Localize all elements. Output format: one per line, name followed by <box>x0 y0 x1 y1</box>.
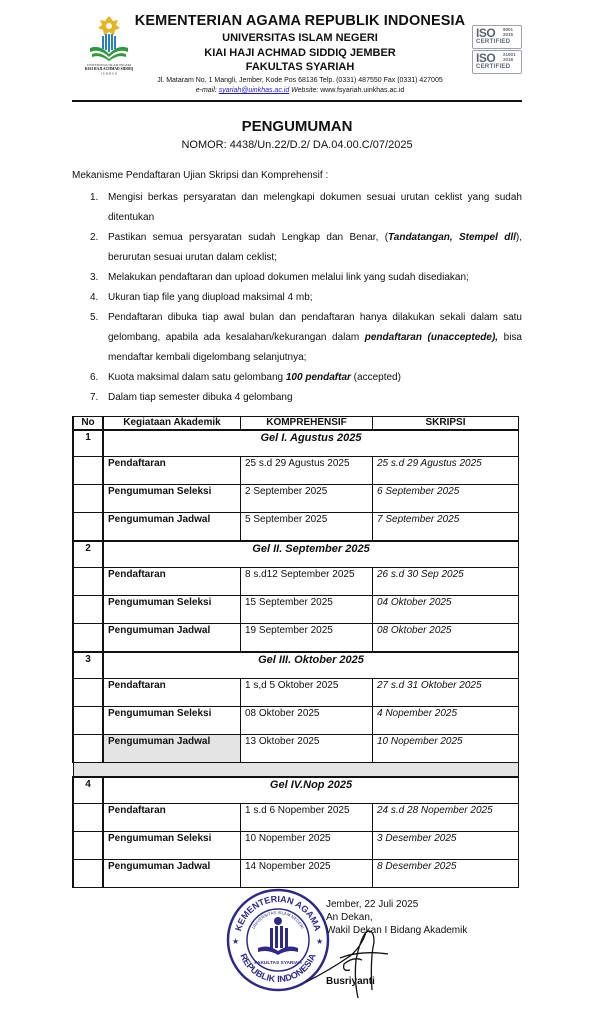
item-text: Pastikan semua persyaratan sudah Lengkap… <box>108 232 388 243</box>
skripsi-cell: 04 Oktober 2025 <box>373 596 519 624</box>
col-activity: Kegiataan Akademik <box>103 417 241 431</box>
skripsi-cell: 08 Oktober 2025 <box>373 624 519 653</box>
svg-text:KIAI HAJI ACHMAD SIDDIQ: KIAI HAJI ACHMAD SIDDIQ <box>85 67 134 71</box>
empty-no-cell <box>73 679 103 707</box>
website-label: Website: <box>291 87 318 94</box>
komprehensif-cell: 08 Oktober 2025 <box>241 707 373 735</box>
table-row: Pengumuman Seleksi2 September 20256 Sept… <box>73 485 519 513</box>
ministry-name: KEMENTERIAN AGAMA REPUBLIK INDONESIA <box>130 13 470 29</box>
table-row: Pengumuman Jadwal5 September 20257 Septe… <box>73 513 519 542</box>
schedule-table: No Kegiataan Akademik KOMPREHENSIF SKRIP… <box>72 416 519 888</box>
komprehensif-cell: 14 Nopember 2025 <box>241 860 373 888</box>
activity-cell: Pengumuman Jadwal <box>103 860 241 888</box>
university-name-line1: UNIVERSITAS ISLAM NEGERI <box>130 32 470 44</box>
empty-no-cell <box>73 568 103 596</box>
emphasis-text: pendaftaran (unacceptede), <box>365 332 498 343</box>
col-no: No <box>73 417 103 431</box>
logo-emblem-icon <box>90 16 128 61</box>
empty-no-cell <box>73 735 103 763</box>
komprehensif-cell: 15 September 2025 <box>241 596 373 624</box>
contact-line: e-mail: syariah@uinkhas.ac.id Website: w… <box>120 87 480 94</box>
item-number: 6. <box>90 368 98 388</box>
komprehensif-cell: 25 s.d 29 Agustus 2025 <box>241 457 373 485</box>
table-row: Pendaftaran1 s.d 6 Nopember 202524 s.d 2… <box>73 804 519 832</box>
table-header-row: No Kegiataan Akademik KOMPREHENSIF SKRIP… <box>73 417 519 431</box>
wave-number: 3 <box>73 652 103 679</box>
activity-cell: Pendaftaran <box>103 804 241 832</box>
skripsi-cell: 25 s.d 29 Agustus 2025 <box>373 457 519 485</box>
col-skripsi: SKRIPSI <box>373 417 519 431</box>
requirement-item: 4.Ukuran tiap file yang diupload maksima… <box>90 288 522 308</box>
wave-header-row: 4Gel IV.Nop 2025 <box>73 777 519 804</box>
komprehensif-cell: 13 Oktober 2025 <box>241 735 373 763</box>
empty-no-cell <box>73 804 103 832</box>
activity-cell: Pengumuman Jadwal <box>103 513 241 542</box>
komprehensif-cell: 8 s.d12 September 2025 <box>241 568 373 596</box>
requirements-list: 1.Mengisi berkas persyaratan dan melengk… <box>90 188 522 408</box>
item-text: (accepted) <box>351 372 401 383</box>
activity-cell: Pengumuman Jadwal <box>103 735 241 763</box>
table-row: Pengumuman Seleksi10 Nopember 20253 Dese… <box>73 832 519 860</box>
place-date: Jember, 22 Juli 2025 <box>326 898 467 911</box>
email-label: e-mail: <box>196 87 217 94</box>
komprehensif-cell: 2 September 2025 <box>241 485 373 513</box>
table-row: Pengumuman Jadwal13 Oktober 202510 Nopem… <box>73 735 519 763</box>
activity-cell: Pengumuman Seleksi <box>103 707 241 735</box>
svg-text:J E M B E R: J E M B E R <box>101 72 118 76</box>
skripsi-cell: 6 September 2025 <box>373 485 519 513</box>
komprehensif-cell: 10 Nopember 2025 <box>241 832 373 860</box>
iso-standard: 90012015 <box>503 27 513 37</box>
item-text: Dalam tiap semester dibuka 4 gelombang <box>108 392 293 403</box>
activity-cell: Pengumuman Seleksi <box>103 832 241 860</box>
table-row: Pendaftaran25 s.d 29 Agustus 202525 s.d … <box>73 457 519 485</box>
intro-text: Mekanisme Pendaftaran Ujian Skripsi dan … <box>72 170 328 181</box>
wave-title: Gel II. September 2025 <box>103 541 519 568</box>
document-title: PENGUMUMAN <box>0 118 594 135</box>
handwritten-signature-icon <box>300 920 420 1000</box>
komprehensif-cell: 1 s.d 6 Nopember 2025 <box>241 804 373 832</box>
table-row: Pengumuman Jadwal14 Nopember 20258 Desem… <box>73 860 519 888</box>
item-text: Melakukan pendaftaran dan upload dokumen… <box>108 272 469 283</box>
empty-no-cell <box>73 832 103 860</box>
activity-cell: Pendaftaran <box>103 679 241 707</box>
spacer-cell <box>73 763 519 778</box>
komprehensif-cell: 1 s,d 5 Oktober 2025 <box>241 679 373 707</box>
empty-no-cell <box>73 457 103 485</box>
iso-label: ISO <box>476 51 495 65</box>
table-row: Pengumuman Seleksi15 September 202504 Ok… <box>73 596 519 624</box>
empty-no-cell <box>73 860 103 888</box>
table-row: Pengumuman Seleksi08 Oktober 20254 Nopem… <box>73 707 519 735</box>
iso-caption: CERTIFIED <box>476 39 510 45</box>
wave-title: Gel III. Oktober 2025 <box>103 652 519 679</box>
emphasis-text: 100 pendaftar <box>286 372 351 383</box>
skripsi-cell: 3 Desember 2025 <box>373 832 519 860</box>
table-row: Pengumuman Jadwal19 September 202508 Okt… <box>73 624 519 653</box>
wave-title: Gel I. Agustus 2025 <box>103 430 519 457</box>
skripsi-cell: 8 Desember 2025 <box>373 860 519 888</box>
skripsi-cell: 26 s.d 30 Sep 2025 <box>373 568 519 596</box>
empty-no-cell <box>73 707 103 735</box>
skripsi-cell: 4 Nopember 2025 <box>373 707 519 735</box>
wave-number: 4 <box>73 777 103 804</box>
empty-no-cell <box>73 513 103 542</box>
svg-text:FAKULTAS SYARIAH: FAKULTAS SYARIAH <box>254 960 302 966</box>
requirement-item: 5.Pendaftaran dibuka tiap awal bulan dan… <box>90 308 522 368</box>
requirement-item: 7.Dalam tiap semester dibuka 4 gelombang <box>90 388 522 408</box>
wave-header-row: 3Gel III. Oktober 2025 <box>73 652 519 679</box>
table-row: Pendaftaran8 s.d12 September 202526 s.d … <box>73 568 519 596</box>
wave-number: 2 <box>73 541 103 568</box>
item-number: 3. <box>90 268 98 288</box>
item-number: 2. <box>90 228 98 248</box>
wave-number: 1 <box>73 430 103 457</box>
iso-9001-badge: ISO 90012015 CERTIFIED <box>472 25 522 49</box>
skripsi-cell: 24 s.d 28 Nopember 2025 <box>373 804 519 832</box>
activity-cell: Pendaftaran <box>103 457 241 485</box>
requirement-item: 1.Mengisi berkas persyaratan dan melengk… <box>90 188 522 228</box>
empty-no-cell <box>73 485 103 513</box>
university-name-line2: KIAI HAJI ACHMAD SIDDIQ JEMBER <box>130 47 470 59</box>
iso-caption: CERTIFIED <box>476 64 510 70</box>
activity-cell: Pengumuman Seleksi <box>103 485 241 513</box>
item-number: 1. <box>90 188 98 208</box>
iso-21001-badge: ISO 210012018 CERTIFIED <box>472 50 522 74</box>
item-number: 4. <box>90 288 98 308</box>
document-number: NOMOR: 4438/Un.22/D.2/ DA.04.00.C/07/202… <box>0 139 594 151</box>
activity-cell: Pendaftaran <box>103 568 241 596</box>
svg-text:★: ★ <box>232 937 239 946</box>
item-number: 5. <box>90 308 98 328</box>
iso-standard: 210012018 <box>503 52 516 62</box>
item-text: Ukuran tiap file yang diupload maksimal … <box>108 292 313 303</box>
wave-title: Gel IV.Nop 2025 <box>103 777 519 804</box>
item-number: 7. <box>90 388 98 408</box>
item-text: Kuota maksimal dalam satu gelombang <box>108 372 286 383</box>
iso-label: ISO <box>476 26 495 40</box>
empty-no-cell <box>73 596 103 624</box>
activity-cell: Pengumuman Seleksi <box>103 596 241 624</box>
wave-header-row: 1Gel I. Agustus 2025 <box>73 430 519 457</box>
header-divider <box>72 100 522 102</box>
website-url: www.fsyariah.uinkhas.ac.id <box>320 87 404 94</box>
skripsi-cell: 27 s.d 31 Oktober 2025 <box>373 679 519 707</box>
requirement-item: 3.Melakukan pendaftaran dan upload dokum… <box>90 268 522 288</box>
wave-header-row: 2Gel II. September 2025 <box>73 541 519 568</box>
skripsi-cell: 7 September 2025 <box>373 513 519 542</box>
signatory-name: Busriyanti <box>326 976 375 987</box>
col-komprehensif: KOMPREHENSIF <box>241 417 373 431</box>
skripsi-cell: 10 Nopember 2025 <box>373 735 519 763</box>
activity-cell: Pengumuman Jadwal <box>103 624 241 653</box>
requirement-item: 2.Pastikan semua persyaratan sudah Lengk… <box>90 228 522 268</box>
table-row: Pendaftaran1 s,d 5 Oktober 202527 s.d 31… <box>73 679 519 707</box>
address: Jl. Mataram No. 1 Mangli, Jember, Kode P… <box>120 77 480 84</box>
spacer-row <box>73 763 519 778</box>
emphasis-text: Tandatangan, Stempel dll <box>388 232 516 243</box>
komprehensif-cell: 5 September 2025 <box>241 513 373 542</box>
item-text: Mengisi berkas persyaratan dan melengkap… <box>108 192 522 223</box>
email-link[interactable]: syariah@uinkhas.ac.id <box>219 87 290 94</box>
komprehensif-cell: 19 September 2025 <box>241 624 373 653</box>
requirement-item: 6.Kuota maksimal dalam satu gelombang 10… <box>90 368 522 388</box>
empty-no-cell <box>73 624 103 653</box>
faculty-name: FAKULTAS SYARIAH <box>130 61 470 73</box>
